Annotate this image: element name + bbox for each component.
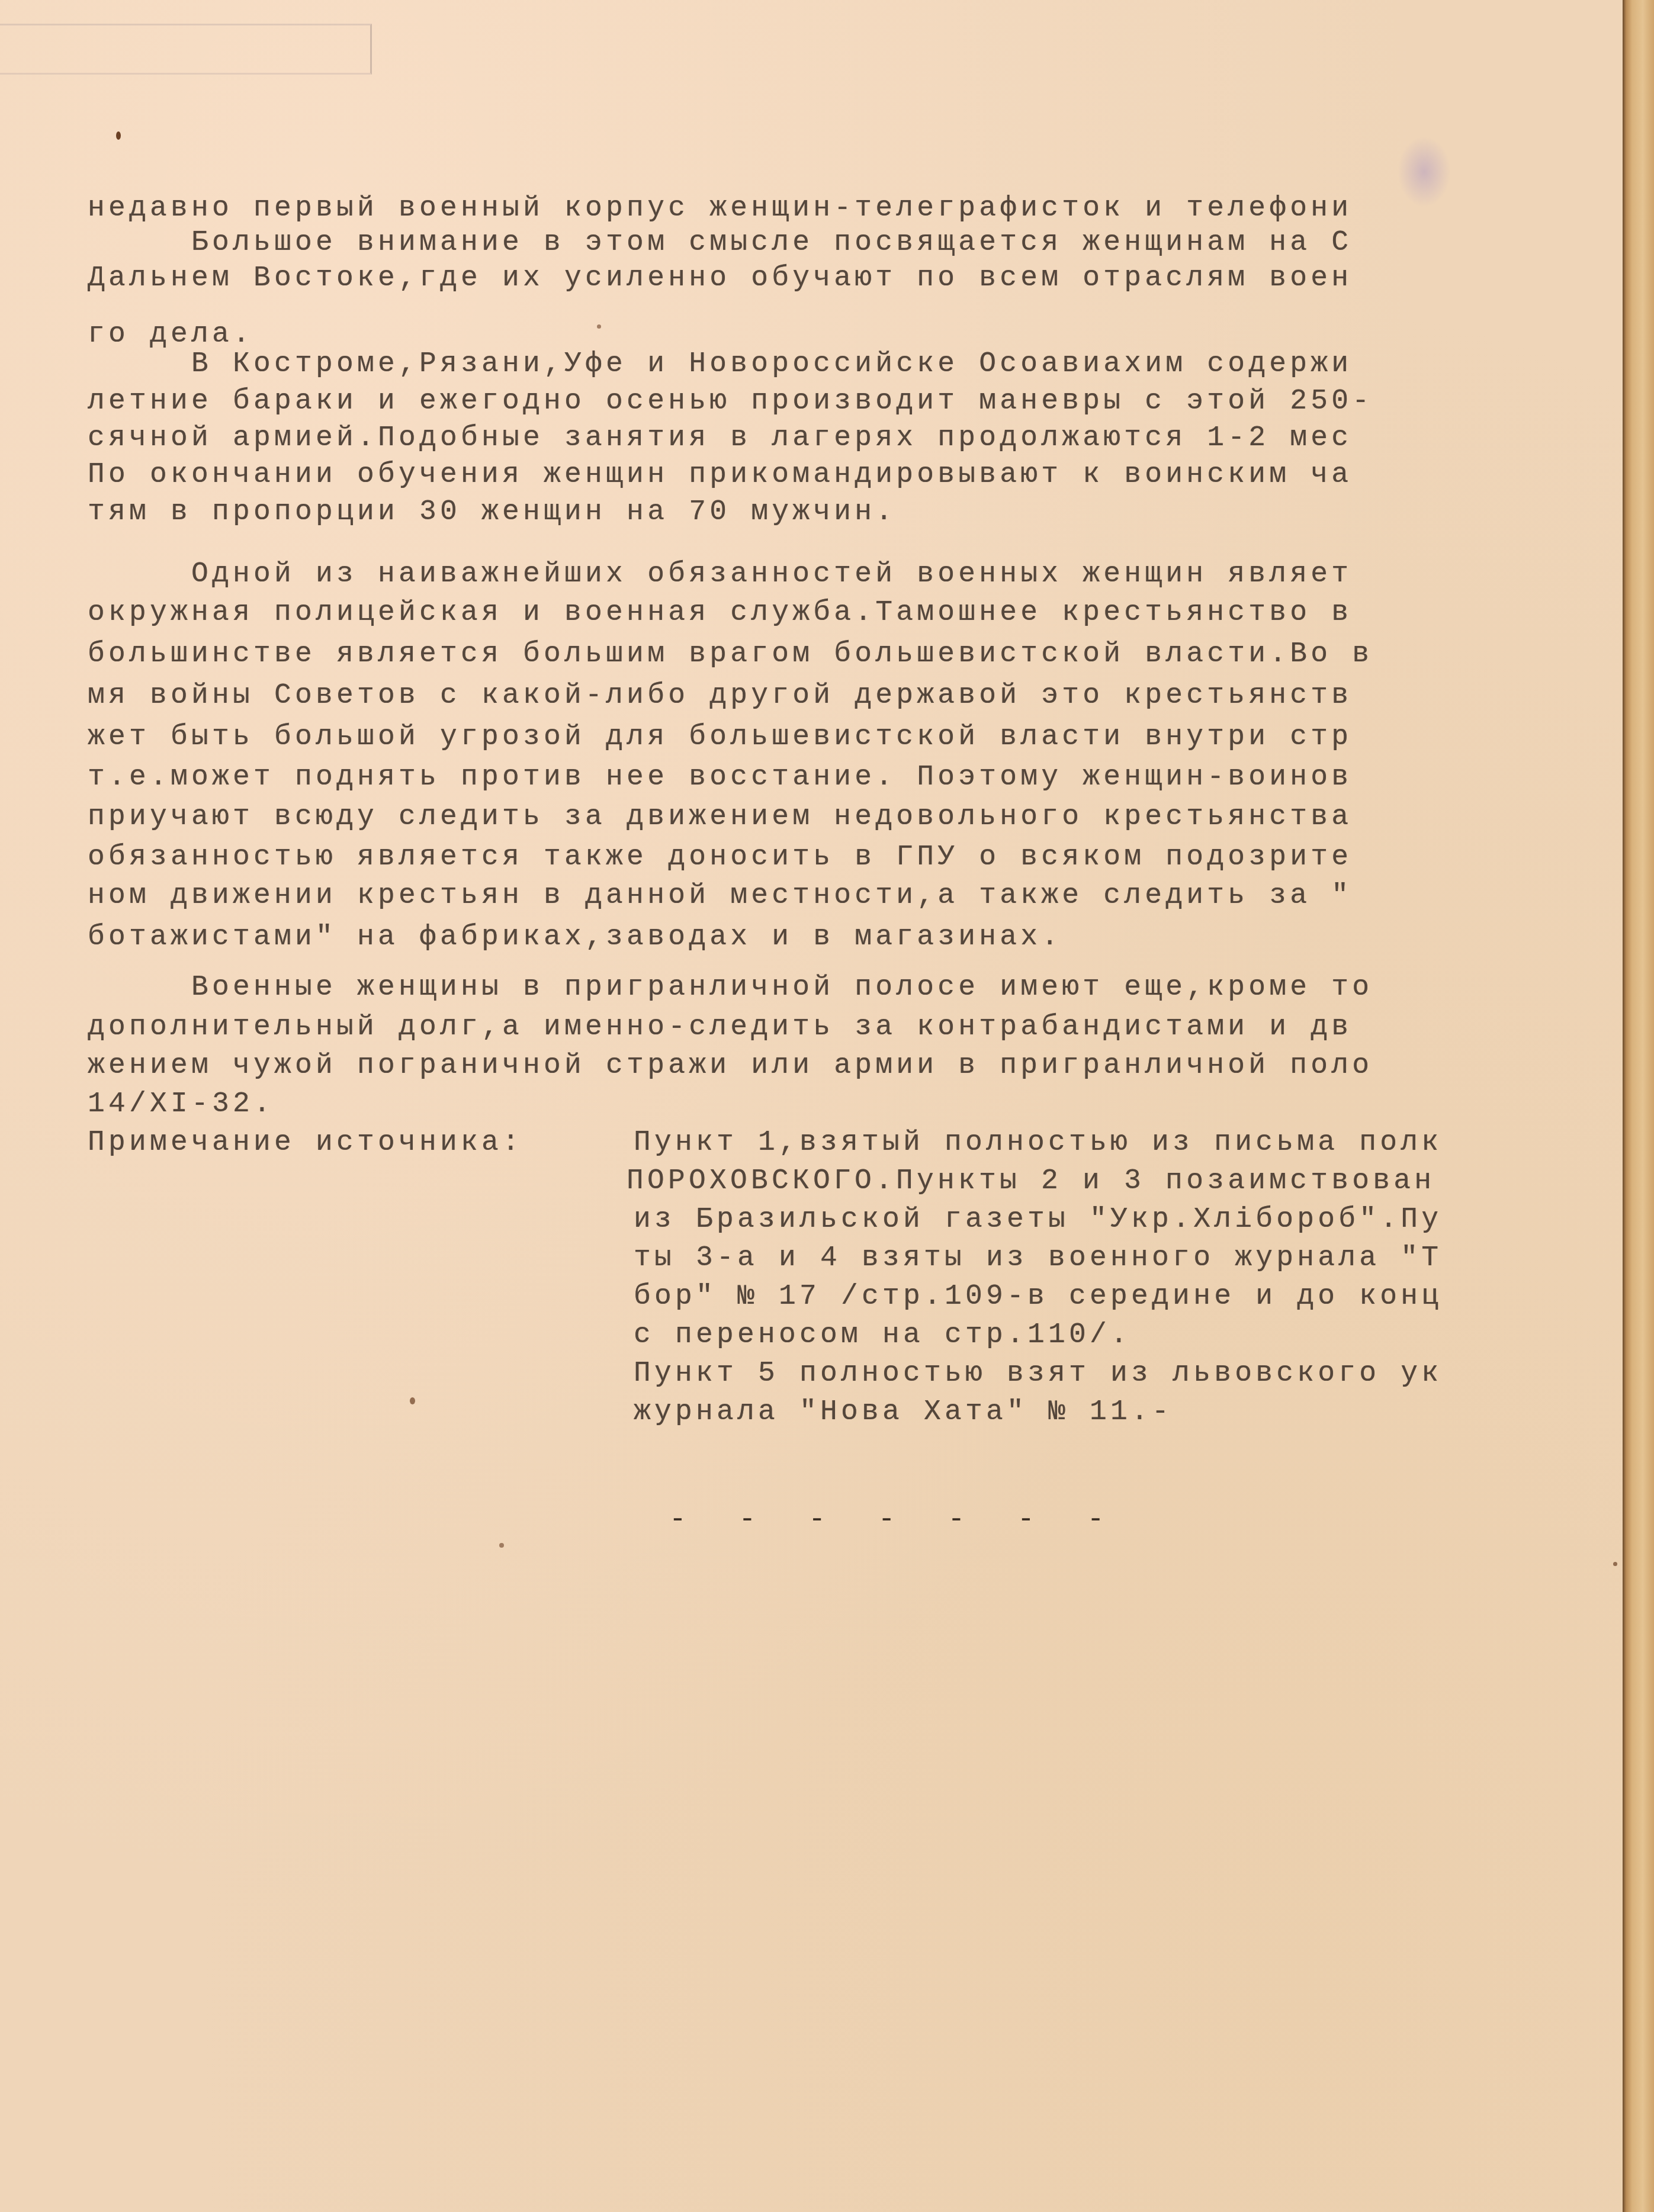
body-line: жением чужой пограничной стражи или арми… [88, 1048, 1373, 1084]
body-line: ном движении крестьян в данной местности… [88, 878, 1352, 914]
source-note-line: из Бразильской газеты "Укр.Хлібороб".Пу [634, 1202, 1442, 1237]
end-separator: - - - - - - - [669, 1504, 1122, 1536]
source-note-line: бор" № 17 /стр.109-в середине и до конц [634, 1279, 1442, 1314]
date-line: 14/XI-32. [88, 1086, 274, 1122]
source-note-line: ПОРОХОВСКОГО.Пункты 2 и 3 позаимствован [627, 1163, 1435, 1199]
body-line: ботажистами" на фабриках,заводах и в маг… [88, 919, 1062, 955]
typewritten-body: недавно первый военный корпус женщин-тел… [0, 0, 1654, 1087]
body-line: По окончании обучения женщин прикомандир… [88, 457, 1352, 493]
source-note-line: Пункт 1,взятый полностью из письма полк [634, 1125, 1442, 1160]
body-line: В Костроме,Рязани,Уфе и Новороссийске Ос… [88, 346, 1352, 382]
body-line: большинстве является большим врагом боль… [88, 636, 1373, 672]
body-line: обязанностью является также доносить в Г… [88, 840, 1352, 875]
body-line: т.е.может поднять против нее восстание. … [88, 760, 1352, 795]
source-note-line: ты 3-а и 4 взяты из военного журнала "Т [634, 1240, 1442, 1276]
body-line: Одной из наиважнейших обязанностей военн… [88, 557, 1352, 592]
source-note-line: с переносом на стр.110/. [634, 1317, 1131, 1353]
source-note-line: журнала "Нова Хата" № 11.- [634, 1394, 1173, 1430]
paper-speck [499, 1543, 504, 1548]
body-line: Военные женщины в пригранличной полосе и… [88, 970, 1373, 1005]
paper-speck [1613, 1562, 1617, 1566]
body-line: приучают всюду следить за движением недо… [88, 799, 1352, 835]
body-line: летние бараки и ежегодно осенью производ… [88, 384, 1373, 419]
source-note-line: Пункт 5 полностью взят из львовского ук [634, 1356, 1442, 1391]
body-line: тям в пропорции 30 женщин на 70 мужчин. [88, 494, 896, 530]
body-line: сячной армией.Подобные занятия в лагерях… [88, 420, 1352, 456]
body-line: жет быть большой угрозой для большевистс… [88, 719, 1352, 755]
body-line: дополнительный долг,а именно-следить за … [88, 1009, 1352, 1045]
body-line: недавно первый военный корпус женщин-тел… [88, 191, 1352, 226]
body-line: Большое внимание в этом смысле посвящает… [88, 225, 1352, 261]
body-line: окружная полицейская и военная служба.Та… [88, 595, 1352, 631]
source-note-label: Примечание источника: [88, 1125, 523, 1160]
body-line: мя войны Советов с какой-либо другой дер… [88, 678, 1352, 713]
paper-speck [410, 1397, 415, 1404]
body-line: Дальнем Востоке,где их усиленно обучают … [88, 261, 1352, 296]
